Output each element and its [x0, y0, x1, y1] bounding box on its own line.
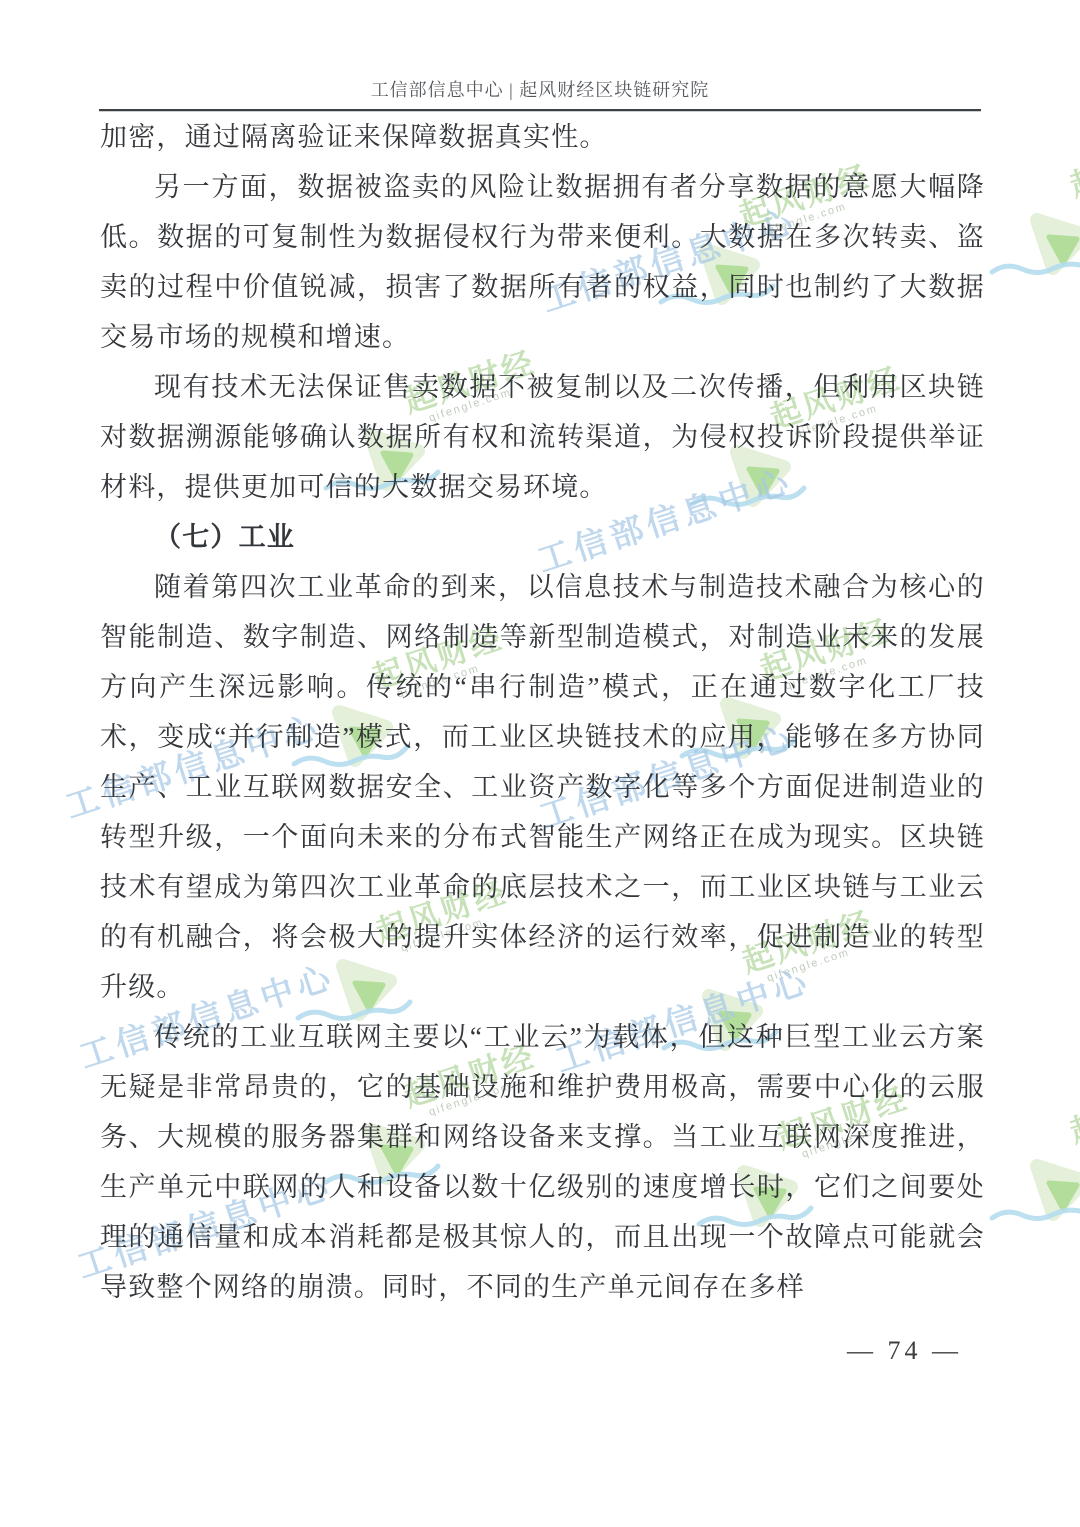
- page-header: 工信部信息中心 | 起风财经区块链研究院: [0, 0, 1080, 111]
- body-text: 加密，通过隔离验证来保障数据真实性。另一方面，数据被盗卖的风险让数据拥有者分享数…: [100, 112, 985, 1312]
- paragraph: 传统的工业互联网主要以“工业云”为载体，但这种巨型工业云方案无疑是非常昂贵的，它…: [100, 1012, 985, 1312]
- page-number: — 74 —: [847, 1336, 962, 1366]
- qifeng-logo-icon: [1024, 1152, 1080, 1226]
- paragraph: 随着第四次工业革命的到来，以信息技术与制造技术融合为核心的智能制造、数字制造、网…: [100, 562, 985, 1012]
- paragraph: 另一方面，数据被盗卖的风险让数据拥有者分享数据的意愿大幅降低。数据的可复制性为数…: [100, 162, 985, 362]
- document-page: 起风财经 qifengle.com 起风财经 qifengle.com 起风财经…: [0, 0, 1080, 1527]
- brand-watermark-text: 起风财经 qifengle.com: [1063, 1067, 1080, 1160]
- header-rule: [99, 109, 981, 111]
- section-heading: （七）工业: [100, 512, 985, 562]
- paragraph: 加密，通过隔离验证来保障数据真实性。: [100, 112, 985, 162]
- header-title: 工信部信息中心 | 起风财经区块链研究院: [0, 0, 1080, 102]
- paragraph: 现有技术无法保证售卖数据不被复制以及二次传播，但利用区块链对数据溯源能够确认数据…: [100, 362, 985, 512]
- brand-watermark-text: 起风财经 qifengle.com: [1063, 121, 1080, 214]
- qifeng-logo-icon: [1024, 206, 1080, 280]
